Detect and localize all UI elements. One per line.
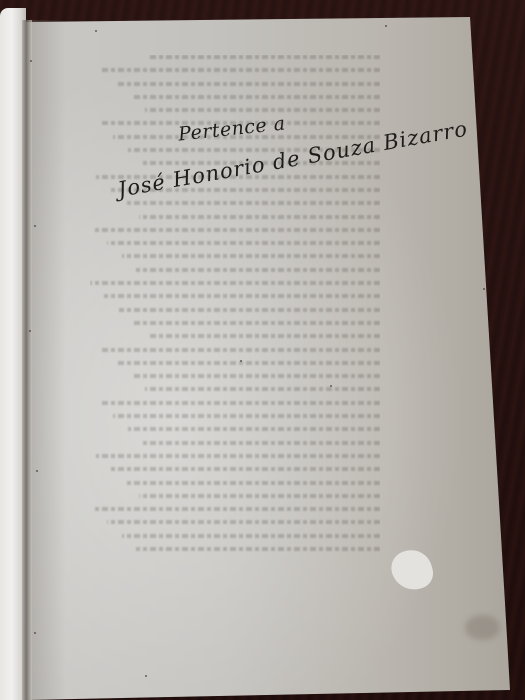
foxing-spots	[0, 0, 525, 700]
photo-scene: Pertence a José Honorio de Souza Bizarro	[0, 0, 525, 700]
